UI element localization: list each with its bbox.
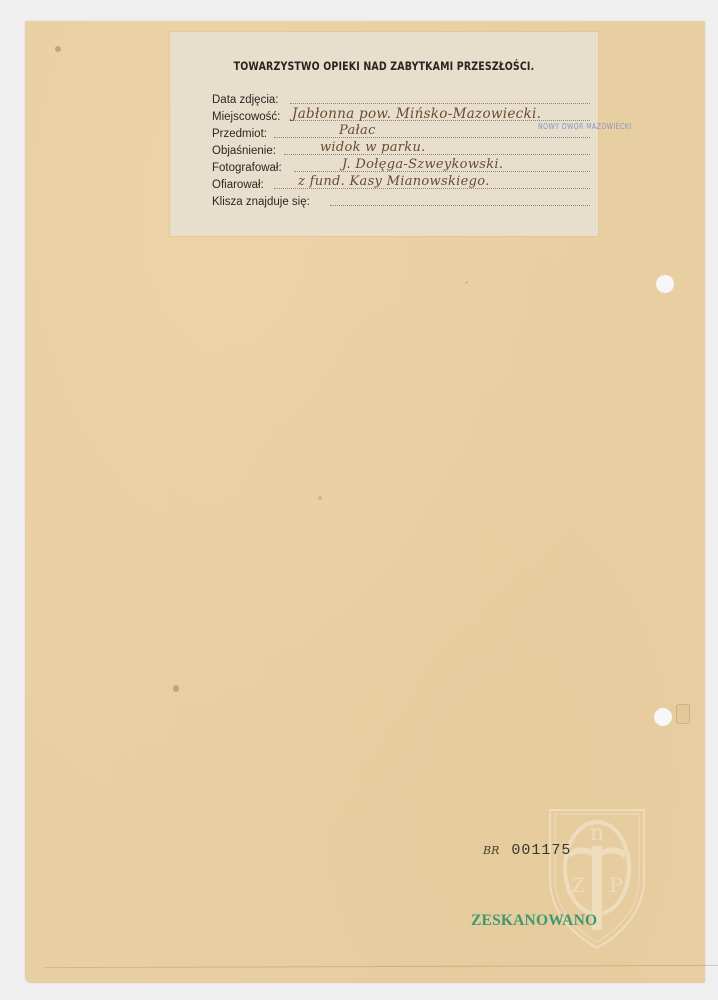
svg-text:Z: Z [571,873,585,897]
field-label: Ofiarował: [212,177,264,193]
fold-line [45,965,718,968]
punch-hole-bottom [654,708,672,726]
inventory-value: 001175 [511,842,571,859]
field-value: Pałac [339,123,376,139]
photo-label-card: TOWARZYSTWO OPIEKI NAD ZABYTKAMI PRZESZŁ… [170,32,598,236]
field-label: Objaśnienie: [212,143,276,159]
field-label: Przedmiot: [212,126,267,142]
field-value: widok w parku. [320,140,426,156]
dotted-line [290,103,590,104]
stain-spot [318,496,322,500]
field-klisza: Klisza znajduje się: [212,194,552,210]
tear-repair [676,704,690,724]
dotted-line [330,205,590,206]
field-label: Data zdjęcia: [212,92,278,108]
svg-text:n: n [590,821,604,846]
field-value: z fund. Kasy Mianowskiego. [298,174,490,190]
field-label: Fotografował: [212,160,282,176]
stain-spot [465,281,468,284]
dotted-line [274,137,590,138]
field-value: Jabłonna pow. Mińsko-Mazowiecki. [292,106,541,122]
card-title: TOWARZYSTWO OPIEKI NAD ZABYTKAMI PRZESZŁ… [209,59,560,73]
field-value: J. Dołęga-Szweykowski. [342,157,503,173]
field-miejscowosc: Miejscowość: Jabłonna pow. Mińsko-Mazowi… [212,109,552,125]
location-stamp: NOWY DWÓR MAZOWIECKI [538,122,631,131]
inventory-number: BR 001175 [483,841,571,859]
field-ofiarowal: Ofiarował: z fund. Kasy Mianowskiego. [212,177,552,193]
svg-text:P: P [609,873,622,897]
field-label: Miejscowość: [212,109,280,125]
punch-hole-top [656,275,674,293]
stain-spot [173,685,179,692]
scanned-stamp: ZESKANOWANO [471,912,597,930]
field-label: Klisza znajduje się: [212,194,310,210]
stain-spot [55,46,61,52]
inventory-prefix: BR [483,844,499,857]
